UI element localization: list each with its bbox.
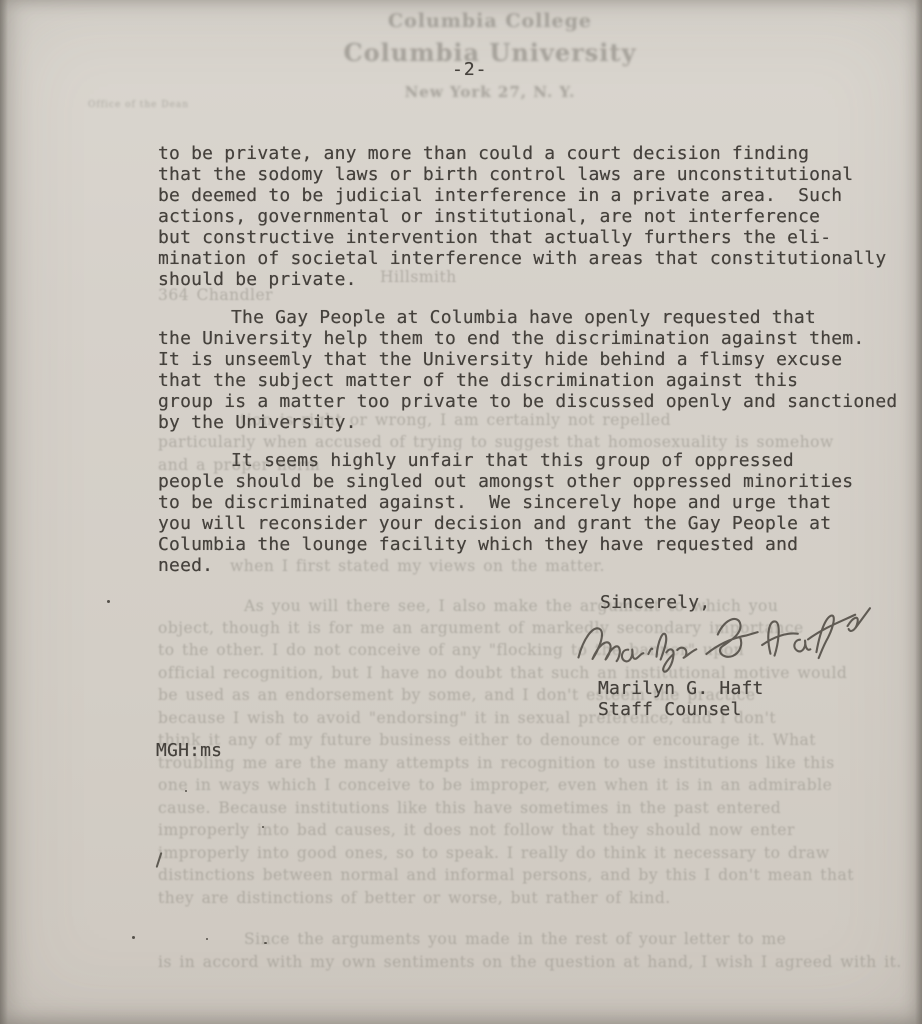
text-line: you will reconsider your decision and gr… xyxy=(158,513,918,534)
text-line: by the University. xyxy=(158,412,918,433)
dust-speck xyxy=(264,942,267,944)
text-line: the University help them to end the disc… xyxy=(158,328,918,349)
reference-initials: MGH:ms xyxy=(156,740,222,761)
dust-speck xyxy=(262,826,264,828)
text-line: should be private. xyxy=(158,269,918,290)
dust-speck xyxy=(107,600,110,603)
text-line: mination of societal interference with a… xyxy=(158,248,918,269)
text-line: It seems highly unfair that this group o… xyxy=(231,450,918,471)
text-line: It is unseemly that the University hide … xyxy=(158,349,918,370)
typed-signature-block: Marilyn G. Haft Staff Counsel xyxy=(598,678,764,720)
text-line: that the sodomy laws or birth control la… xyxy=(158,164,918,185)
paragraph-3: It seems highly unfair that this group o… xyxy=(158,450,918,576)
text-line: people should be singled out amongst oth… xyxy=(158,471,918,492)
ghost-bleedthrough-line: they are distinctions of better or worse… xyxy=(158,889,671,907)
letter-page: Columbia College Columbia University New… xyxy=(0,0,922,1024)
text-line: but constructive intervention that actua… xyxy=(158,227,918,248)
text-line: that the subject matter of the discrimin… xyxy=(158,370,918,391)
text-line: The Gay People at Columbia have openly r… xyxy=(231,307,918,328)
ghost-bleedthrough-line: think it any of my future business eithe… xyxy=(158,731,816,749)
ghost-bleedthrough-line: one in ways which I conceive to be impro… xyxy=(158,776,832,794)
text-line: group is a matter too private to be disc… xyxy=(158,391,918,412)
paragraph-2: The Gay People at Columbia have openly r… xyxy=(158,307,918,433)
text-line: Columbia the lounge facility which they … xyxy=(158,534,918,555)
ghost-bleedthrough-line: Since the arguments you made in the rest… xyxy=(244,930,786,948)
document-photo: Columbia College Columbia University New… xyxy=(0,0,922,1024)
text-line: actions, governmental or institutional, … xyxy=(158,206,918,227)
text-line: to be private, any more than could a cou… xyxy=(158,143,918,164)
dust-speck xyxy=(206,938,208,940)
ghost-bleedthrough-line: troubling me are the many attempts in re… xyxy=(158,754,835,772)
dust-speck xyxy=(132,936,135,939)
dust-speck xyxy=(185,790,187,792)
ghost-bleedthrough-line: distinctions between normal and informal… xyxy=(158,866,854,884)
paragraph-1: to be private, any more than could a cou… xyxy=(158,143,918,290)
text-line: to be discriminated against. We sincerel… xyxy=(158,492,918,513)
text-line: need. xyxy=(158,555,918,576)
ghost-bleedthrough-line: improperly into good ones, so to speak. … xyxy=(158,844,830,862)
signer-title: Staff Counsel xyxy=(598,699,764,720)
text-line: be deemed to be judicial interference in… xyxy=(158,185,918,206)
handwritten-signature: Marilyn G Haft xyxy=(575,599,893,684)
ghost-bleedthrough-line: is in accord with my own sentiments on t… xyxy=(158,953,902,971)
ghost-bleedthrough-line: improperly into bad causes, it does not … xyxy=(158,821,795,839)
letter-body: to be private, any more than could a cou… xyxy=(158,143,918,593)
ghost-bleedthrough-line: cause. Because institutions like this ha… xyxy=(158,799,781,817)
